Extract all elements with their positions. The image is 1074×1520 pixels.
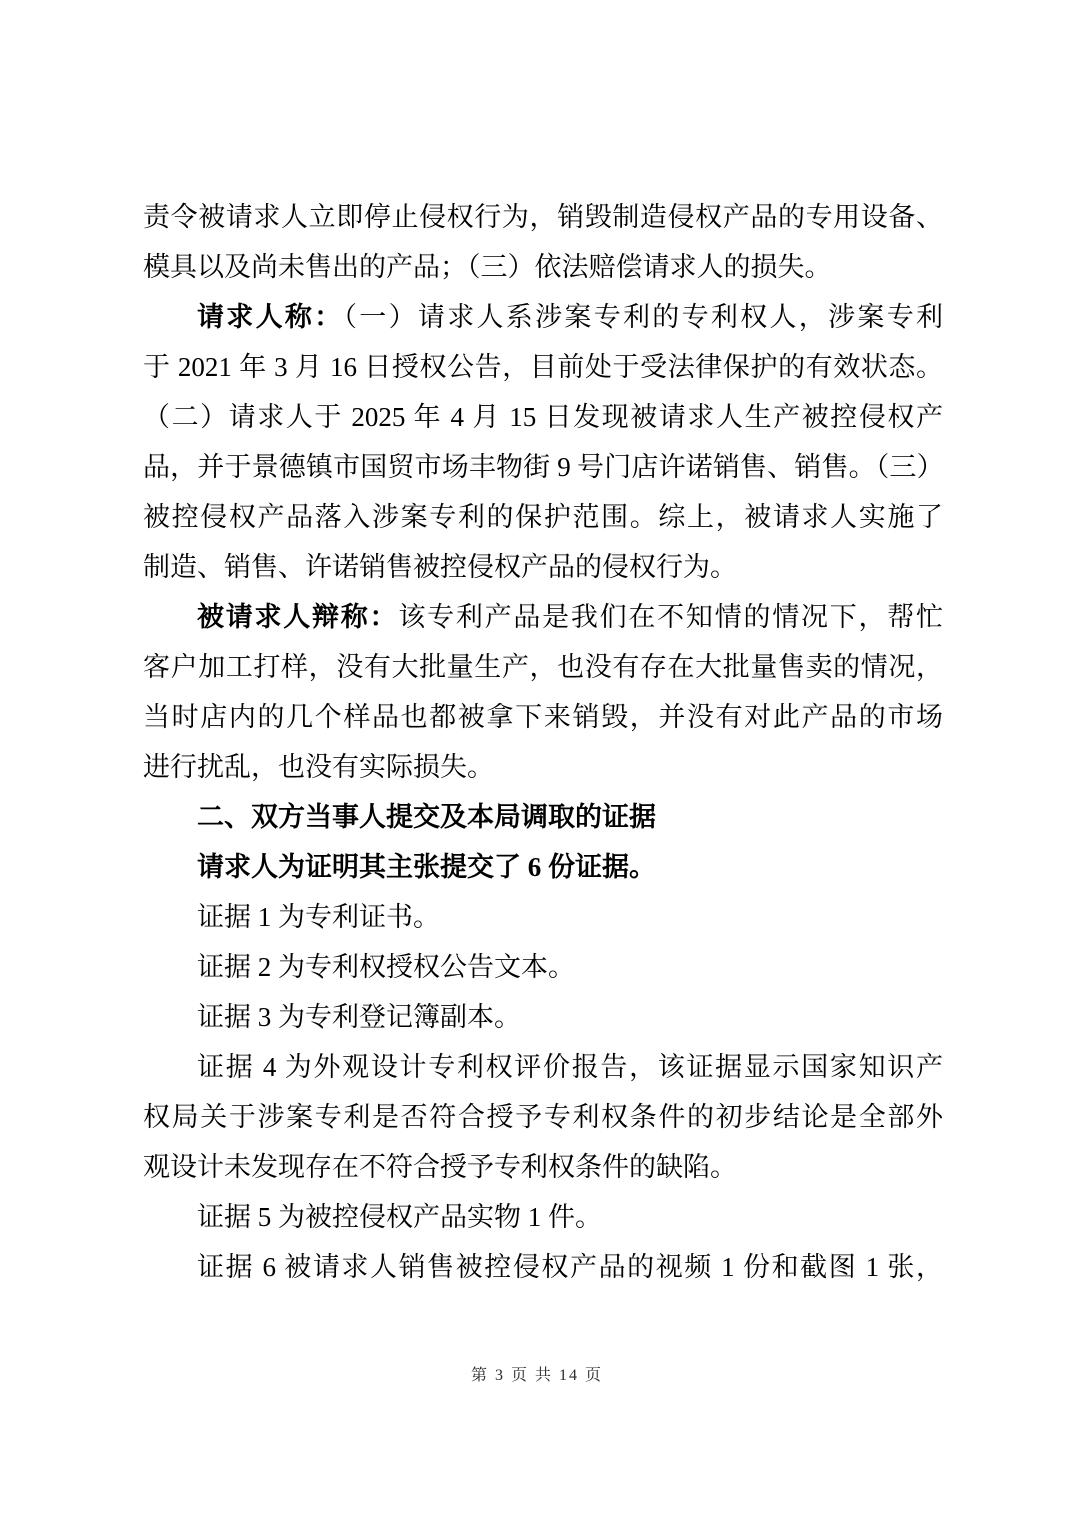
claimant-statement-text: （一）请求人系涉案专利的专利权人，涉案专利 <box>344 302 944 332</box>
claimant-statement-line: 请求人称：（一）请求人系涉案专利的专利权人，涉案专利 <box>143 292 943 342</box>
page-indicator: 第 3 页 共 14 页 <box>471 1367 603 1384</box>
respondent-defense-text: 该专利产品是我们在不知情的情况下，帮忙 <box>398 602 943 632</box>
document-body: 责令被请求人立即停止侵权行为，销毁制造侵权产品的专用设备、 模具以及尚未售出的产… <box>143 192 943 1292</box>
claimant-statement-label: 请求人称： <box>197 302 344 332</box>
evidence-4-line: 观设计未发现存在不符合授予专利权条件的缺陷。 <box>143 1142 943 1192</box>
evidence-2-line: 证据 2 为专利权授权公告文本。 <box>143 942 943 992</box>
claimant-statement-line: 品，并于景德镇市国贸市场丰物街 9 号门店许诺销售、销售。（三） <box>143 442 943 492</box>
evidence-4-line: 权局关于涉案专利是否符合授予专利权条件的初步结论是全部外 <box>143 1092 943 1142</box>
evidence-3-line: 证据 3 为专利登记簿副本。 <box>143 992 943 1042</box>
claimant-statement-line: 被控侵权产品落入涉案专利的保护范围。综上，被请求人实施了 <box>143 492 943 542</box>
respondent-defense-line: 客户加工打样，没有大批量生产，也没有存在大批量售卖的情况， <box>143 642 943 692</box>
request-relief-line: 责令被请求人立即停止侵权行为，销毁制造侵权产品的专用设备、 <box>143 192 943 242</box>
claimant-statement-line: 于 2021 年 3 月 16 日授权公告，目前处于受法律保护的有效状态。 <box>143 342 943 392</box>
evidence-intro-line: 请求人为证明其主张提交了 6 份证据。 <box>143 842 943 892</box>
claimant-statement-line: 制造、销售、许诺销售被控侵权产品的侵权行为。 <box>143 542 943 592</box>
evidence-4-line: 证据 4 为外观设计专利权评价报告，该证据显示国家知识产 <box>143 1042 943 1092</box>
page-footer: 第 3 页 共 14 页 <box>0 1364 1074 1388</box>
respondent-defense-line: 被请求人辩称：该专利产品是我们在不知情的情况下，帮忙 <box>143 592 943 642</box>
evidence-1-line: 证据 1 为专利证书。 <box>143 892 943 942</box>
respondent-defense-label: 被请求人辩称： <box>197 602 398 632</box>
section-two-heading: 二、双方当事人提交及本局调取的证据 <box>143 792 943 842</box>
respondent-defense-line: 进行扰乱，也没有实际损失。 <box>143 742 943 792</box>
claimant-statement-line: （二）请求人于 2025 年 4 月 15 日发现被请求人生产被控侵权产 <box>143 392 943 442</box>
document-page: 责令被请求人立即停止侵权行为，销毁制造侵权产品的专用设备、 模具以及尚未售出的产… <box>0 0 1074 1520</box>
respondent-defense-line: 当时店内的几个样品也都被拿下来销毁，并没有对此产品的市场 <box>143 692 943 742</box>
evidence-5-line: 证据 5 为被控侵权产品实物 1 件。 <box>143 1192 943 1242</box>
evidence-6-line: 证据 6 被请求人销售被控侵权产品的视频 1 份和截图 1 张， <box>143 1242 943 1292</box>
request-relief-line: 模具以及尚未售出的产品；（三）依法赔偿请求人的损失。 <box>143 242 943 292</box>
